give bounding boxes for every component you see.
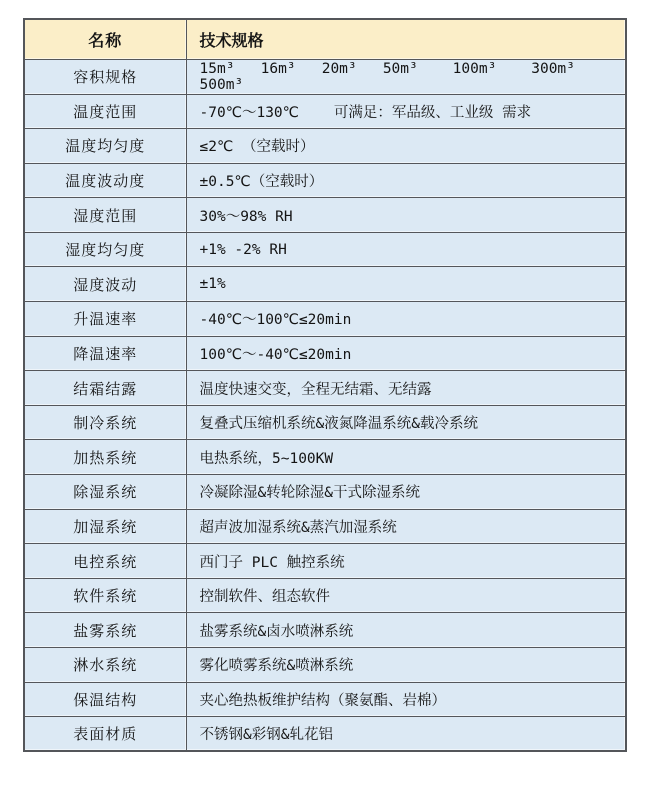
row-spec-cell: ≤2℃ （空载时）: [186, 129, 626, 164]
row-spec-cell: 雾化喷雾系统&喷淋系统: [186, 648, 626, 683]
row-name-cell: 表面材质: [24, 717, 186, 752]
row-spec-cell: 西门子 PLC 触控系统: [186, 544, 626, 579]
table-row: 保温结构 夹心绝热板维护结构（聚氨酯、岩棉）: [24, 682, 626, 717]
row-name-cell: 结霜结露: [24, 371, 186, 406]
table-row: 表面材质 不锈钢&彩钢&轧花铝: [24, 717, 626, 752]
table-header-row: 名称 技术规格: [24, 19, 626, 59]
table-row: 加热系统 电热系统，5~100KW: [24, 440, 626, 475]
row-spec-cell: 30%～98% RH: [186, 198, 626, 233]
row-name-cell: 容积规格: [24, 59, 186, 94]
table-row: 升温速率 -40℃～100℃≤20min: [24, 302, 626, 337]
row-name-cell: 降温速率: [24, 336, 186, 371]
table-row: 降温速率 100℃～-40℃≤20min: [24, 336, 626, 371]
row-spec-cell: -70℃～130℃ 可满足：军品级、工业级 需求: [186, 94, 626, 129]
row-name-cell: 软件系统: [24, 578, 186, 613]
table-row: 电控系统 西门子 PLC 触控系统: [24, 544, 626, 579]
table-row: 淋水系统 雾化喷雾系统&喷淋系统: [24, 648, 626, 683]
table-row: 容积规格 15m³ 16m³ 20m³ 50m³ 100m³ 300m³ 500…: [24, 59, 626, 94]
table-row: 盐雾系统 盐雾系统&卤水喷淋系统: [24, 613, 626, 648]
row-spec-cell: 盐雾系统&卤水喷淋系统: [186, 613, 626, 648]
table-row: 湿度均匀度 +1% -2% RH: [24, 232, 626, 267]
table-row: 湿度范围 30%～98% RH: [24, 198, 626, 233]
table-row: 温度均匀度 ≤2℃ （空载时）: [24, 129, 626, 164]
row-spec-cell: 夹心绝热板维护结构（聚氨酯、岩棉）: [186, 682, 626, 717]
table-row: 结霜结露 温度快速交变，全程无结霜、无结露: [24, 371, 626, 406]
row-name-cell: 保温结构: [24, 682, 186, 717]
row-spec-cell: -40℃～100℃≤20min: [186, 302, 626, 337]
row-name-cell: 淋水系统: [24, 648, 186, 683]
row-name-cell: 盐雾系统: [24, 613, 186, 648]
row-spec-cell: 复叠式压缩机系统&液氮降温系统&载冷系统: [186, 405, 626, 440]
spec-table: 名称 技术规格 容积规格 15m³ 16m³ 20m³ 50m³ 100m³ 3…: [23, 18, 627, 752]
header-name-cell: 名称: [24, 19, 186, 59]
row-spec-cell: 控制软件、组态软件: [186, 578, 626, 613]
row-name-cell: 温度波动度: [24, 163, 186, 198]
row-spec-cell: 温度快速交变，全程无结霜、无结露: [186, 371, 626, 406]
row-name-cell: 加湿系统: [24, 509, 186, 544]
row-name-cell: 升温速率: [24, 302, 186, 337]
row-name-cell: 除湿系统: [24, 475, 186, 510]
table-row: 湿度波动 ±1%: [24, 267, 626, 302]
row-spec-cell: 超声波加湿系统&蒸汽加湿系统: [186, 509, 626, 544]
row-spec-cell: +1% -2% RH: [186, 232, 626, 267]
spec-table-container: 名称 技术规格 容积规格 15m³ 16m³ 20m³ 50m³ 100m³ 3…: [23, 18, 627, 752]
row-name-cell: 湿度范围: [24, 198, 186, 233]
row-name-cell: 湿度均匀度: [24, 232, 186, 267]
row-name-cell: 电控系统: [24, 544, 186, 579]
row-name-cell: 制冷系统: [24, 405, 186, 440]
row-spec-cell: 冷凝除湿&转轮除湿&干式除湿系统: [186, 475, 626, 510]
table-row: 加湿系统 超声波加湿系统&蒸汽加湿系统: [24, 509, 626, 544]
row-spec-cell: 15m³ 16m³ 20m³ 50m³ 100m³ 300m³ 500m³: [186, 59, 626, 94]
row-spec-cell: 100℃～-40℃≤20min: [186, 336, 626, 371]
row-spec-cell: ±0.5℃（空载时）: [186, 163, 626, 198]
header-spec-cell: 技术规格: [186, 19, 626, 59]
row-name-cell: 加热系统: [24, 440, 186, 475]
row-name-cell: 湿度波动: [24, 267, 186, 302]
row-spec-cell: 不锈钢&彩钢&轧花铝: [186, 717, 626, 752]
table-row: 除湿系统 冷凝除湿&转轮除湿&干式除湿系统: [24, 475, 626, 510]
table-row: 制冷系统 复叠式压缩机系统&液氮降温系统&载冷系统: [24, 405, 626, 440]
row-spec-cell: ±1%: [186, 267, 626, 302]
row-name-cell: 温度均匀度: [24, 129, 186, 164]
table-row: 温度波动度 ±0.5℃（空载时）: [24, 163, 626, 198]
table-row: 温度范围 -70℃～130℃ 可满足：军品级、工业级 需求: [24, 94, 626, 129]
row-name-cell: 温度范围: [24, 94, 186, 129]
table-row: 软件系统 控制软件、组态软件: [24, 578, 626, 613]
row-spec-cell: 电热系统，5~100KW: [186, 440, 626, 475]
